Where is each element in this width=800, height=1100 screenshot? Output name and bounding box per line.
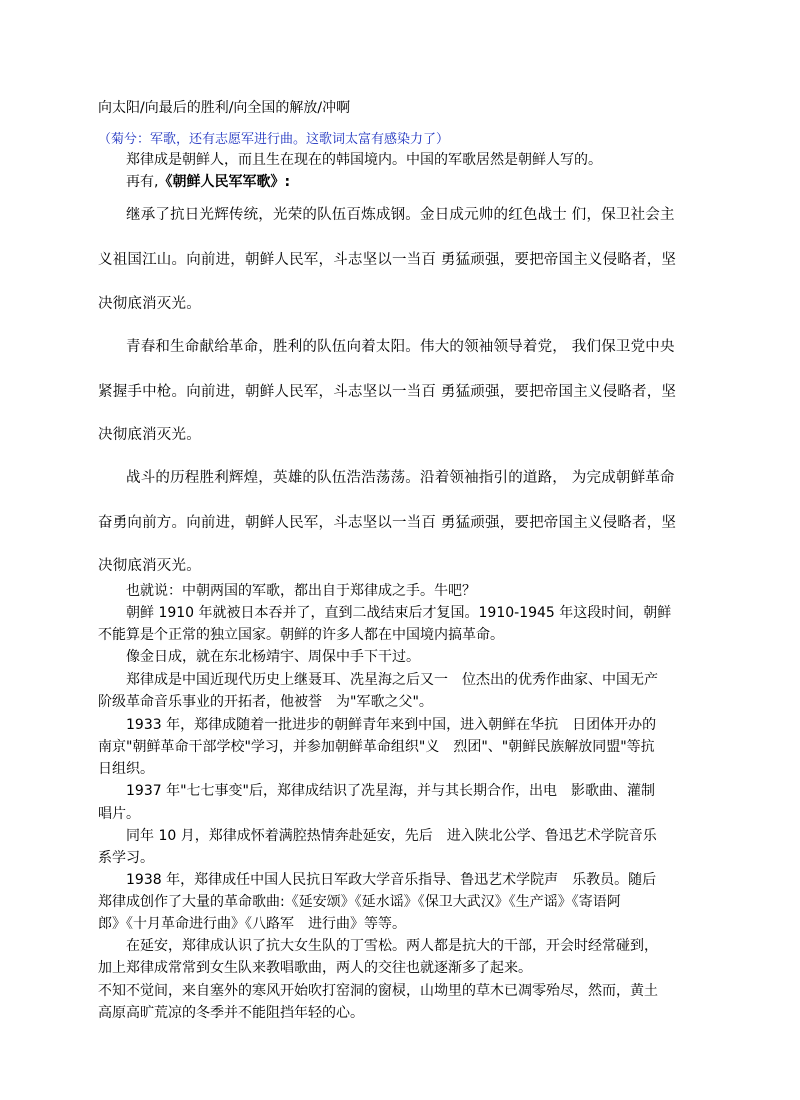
paragraph: 郑律成是中国近现代历史上继聂耳、冼星海之后又一 位杰出的优秀作曲家、中国无产 <box>126 671 658 689</box>
lyric-line: 决彻底消灭光。 <box>98 295 201 313</box>
paragraph: 1938 年，郑律成任中国人民抗日军政大学音乐指导、鲁迅艺术学院声 乐教员。随后 <box>126 871 656 889</box>
paragraph: 郑律成是朝鲜人，而且生在现在的韩国境内。中国的军歌居然是朝鲜人写的。 <box>126 151 602 169</box>
paragraph: 同年 10 月，郑律成怀着满腔热情奔赴延安，先后 进入陕北公学、鲁迅艺术学院音乐 <box>126 827 657 845</box>
paragraph: 在延安，郑律成认识了抗大女生队的丁雪松。两人都是抗大的干部，开会时经常碰到， <box>126 937 658 955</box>
lyric-line: 青春和生命献给革命，胜利的队伍向着太阳。伟大的领袖领导着党， 我们保卫党中央 <box>126 338 675 356</box>
paragraph-continuation: 系学习。 <box>98 849 154 867</box>
intro-line: 向太阳/向最后的胜利/向全国的解放/冲啊 <box>98 99 350 117</box>
lyric-line: 决彻底消灭光。 <box>98 557 201 575</box>
paragraph: 也就说：中朝两国的军歌，都出自于郑律成之手。牛吧？ <box>126 582 476 600</box>
paragraph: 不知不觉间，来自塞外的寒风开始吹打窑洞的窗棂，山坳里的草木已凋零殆尽，然而，黄土 <box>98 982 658 1000</box>
paragraph-continuation: 南京"朝鲜革命干部学校"学习，并参加朝鲜革命组织"义 烈团"、"朝鲜民族解放同盟… <box>98 738 655 756</box>
paragraph-continuation: 唱片。 <box>98 805 140 823</box>
song-title-line: 再有,《朝鲜人民军军歌》: <box>126 173 290 191</box>
editor-comment: （菊兮：军歌，还有志愿军进行曲。这歌词太富有感染力了） <box>98 131 449 149</box>
song-title: 《朝鲜人民军军歌》: <box>158 174 290 190</box>
paragraph-continuation: 阶级革命音乐事业的开拓者，他被誉 为"军歌之父"。 <box>98 693 433 711</box>
paragraph-continuation: 不能算是个正常的独立国家。朝鲜的许多人都在中国境内搞革命。 <box>98 626 504 644</box>
paragraph: 朝鲜 1910 年就被日本吞并了，直到二战结束后才复国。1910-1945 年这… <box>126 604 671 622</box>
paragraph: 像金日成，就在东北杨靖宇、周保中手下干过。 <box>126 648 420 666</box>
paragraph-continuation: 郎》《十月革命进行曲》《八路军 进行曲》等等。 <box>98 915 406 933</box>
lyric-line: 战斗的历程胜利辉煌，英雄的队伍浩浩荡荡。沿着领袖指引的道路， 为完成朝鲜革命 <box>126 469 675 487</box>
lyric-line: 决彻底消灭光。 <box>98 426 201 444</box>
song-title-prefix: 再有, <box>126 174 158 190</box>
paragraph: 1933 年，郑律成随着一批进步的朝鲜青年来到中国，进入朝鲜在华抗 日团体开办的 <box>126 716 656 734</box>
lyric-line: 继承了抗日光辉传统，光荣的队伍百炼成钢。金日成元帅的红色战士 们，保卫社会主 <box>126 206 675 224</box>
lyric-line: 义祖国江山。向前进，朝鲜人民军，斗志坚以一当百 勇猛顽强，要把帝国主义侵略者，坚 <box>98 251 676 269</box>
paragraph-continuation: 日组织。 <box>98 760 154 778</box>
paragraph-continuation: 高原高旷荒凉的冬季并不能阻挡年轻的心。 <box>98 1004 364 1022</box>
paragraph: 1937 年"七七事变"后，郑律成结识了冼星海，并与其长期合作，出电 影歌曲、灌… <box>126 782 655 800</box>
lyric-line: 紧握手中枪。向前进，朝鲜人民军，斗志坚以一当百 勇猛顽强，要把帝国主义侵略者，坚 <box>98 383 676 401</box>
paragraph-continuation: 郑律成创作了大量的革命歌曲:《延安颂》《延水谣》《保卫大武汉》《生产谣》《寄语阿 <box>98 893 621 911</box>
paragraph-continuation: 加上郑律成常常到女生队来教唱歌曲，两人的交往也就逐渐多了起来。 <box>98 959 532 977</box>
lyric-line: 奋勇向前方。向前进，朝鲜人民军，斗志坚以一当百 勇猛顽强，要把帝国主义侵略者，坚 <box>98 514 676 532</box>
